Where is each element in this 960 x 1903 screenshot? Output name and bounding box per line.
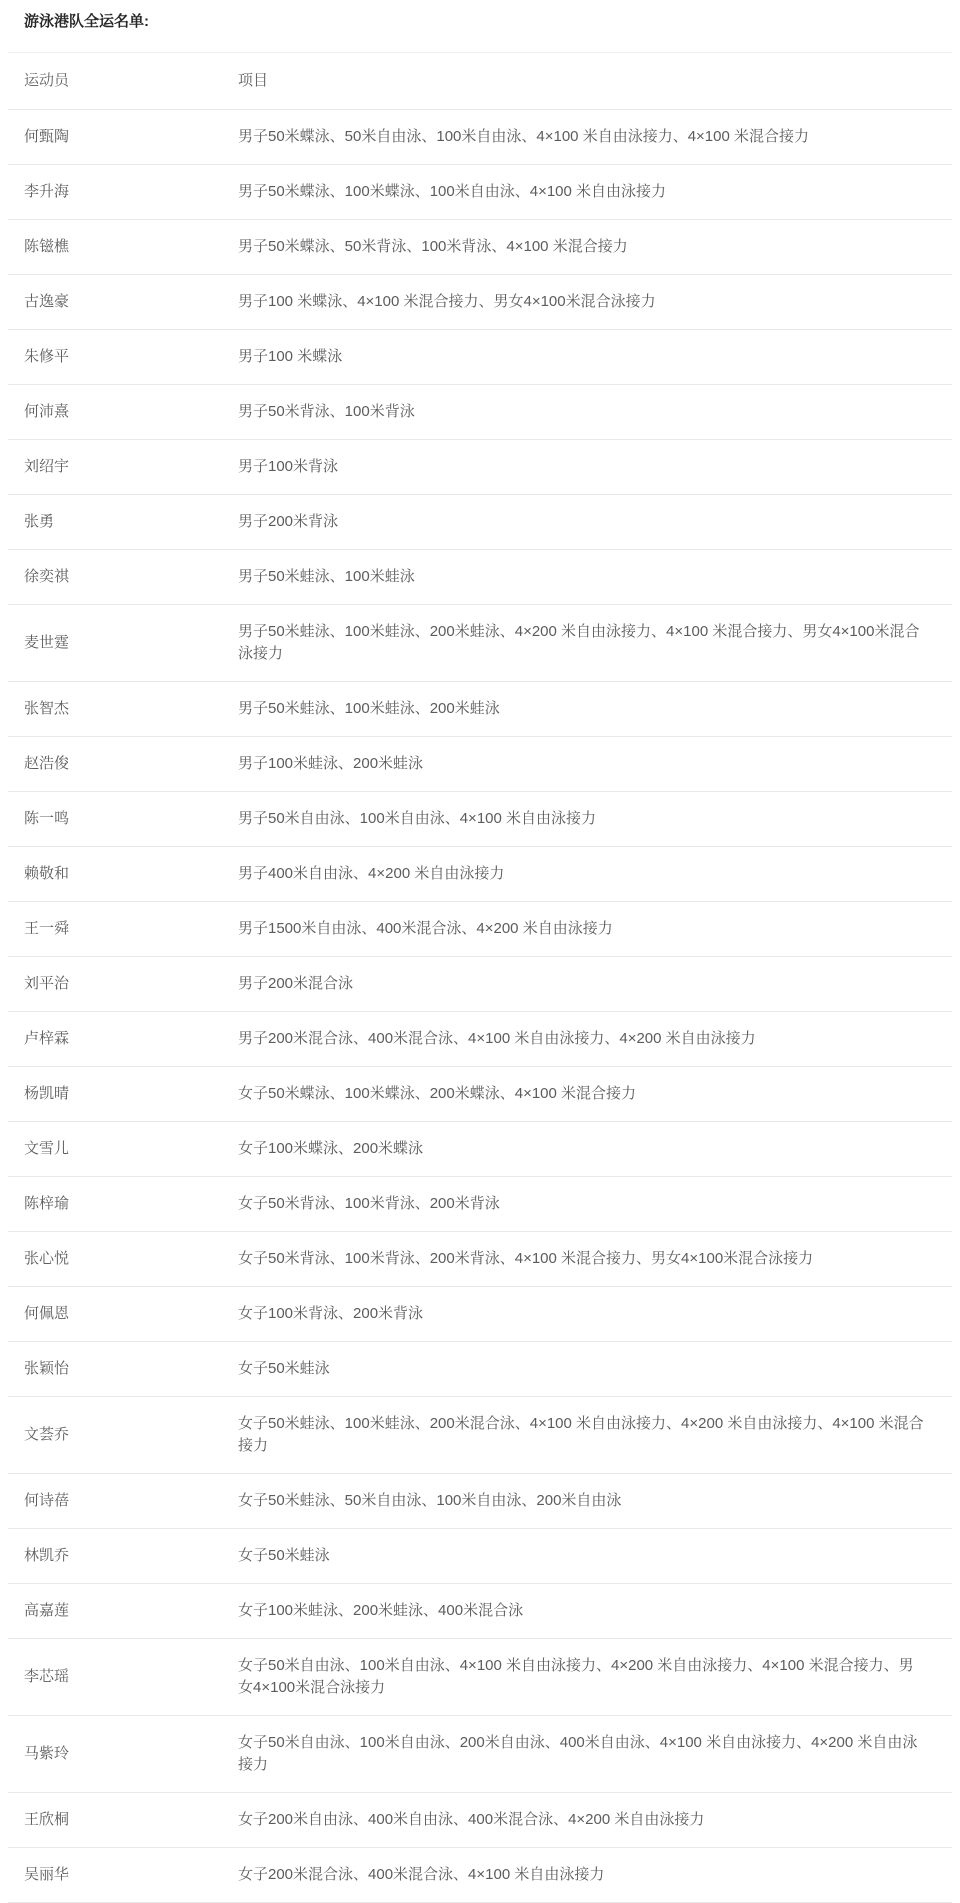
athlete-events: 男子100米背泳 <box>238 440 952 495</box>
roster-table-header: 运动员 项目 <box>8 53 952 110</box>
athlete-name: 李升海 <box>8 165 238 220</box>
athlete-name: 陈梓瑜 <box>8 1177 238 1232</box>
athlete-name: 何甄陶 <box>8 110 238 165</box>
table-row: 张心悦 女子50米背泳、100米背泳、200米背泳、4×100 米混合接力、男女… <box>8 1232 952 1287</box>
table-row: 陈镃樵 男子50米蝶泳、50米背泳、100米背泳、4×100 米混合接力 <box>8 220 952 275</box>
athlete-name: 刘平治 <box>8 957 238 1012</box>
athlete-name: 何沛熹 <box>8 385 238 440</box>
athlete-events: 女子50米蛙泳 <box>238 1529 952 1584</box>
athlete-events: 女子200米混合泳、400米混合泳、4×100 米自由泳接力 <box>238 1848 952 1903</box>
athlete-name: 马紫玲 <box>8 1716 238 1793</box>
athlete-events: 男子1500米自由泳、400米混合泳、4×200 米自由泳接力 <box>238 902 952 957</box>
athlete-name: 古逸豪 <box>8 275 238 330</box>
table-row: 陈梓瑜 女子50米背泳、100米背泳、200米背泳 <box>8 1177 952 1232</box>
table-row: 赖敬和 男子400米自由泳、4×200 米自由泳接力 <box>8 847 952 902</box>
athlete-events: 男子200米混合泳、400米混合泳、4×100 米自由泳接力、4×200 米自由… <box>238 1012 952 1067</box>
athlete-name: 王欣桐 <box>8 1793 238 1848</box>
athlete-events: 男子50米蛙泳、100米蛙泳、200米蛙泳、4×200 米自由泳接力、4×100… <box>238 605 952 682</box>
table-row: 何诗蓓 女子50米蛙泳、50米自由泳、100米自由泳、200米自由泳 <box>8 1474 952 1529</box>
athlete-name: 杨凯晴 <box>8 1067 238 1122</box>
athlete-events: 男子50米蛙泳、100米蛙泳、200米蛙泳 <box>238 682 952 737</box>
athlete-name: 张勇 <box>8 495 238 550</box>
athlete-name: 麦世霆 <box>8 605 238 682</box>
table-row: 文荟乔 女子50米蛙泳、100米蛙泳、200米混合泳、4×100 米自由泳接力、… <box>8 1397 952 1474</box>
table-row: 杨凯晴 女子50米蝶泳、100米蝶泳、200米蝶泳、4×100 米混合接力 <box>8 1067 952 1122</box>
table-row: 林凯乔 女子50米蛙泳 <box>8 1529 952 1584</box>
table-row: 朱修平 男子100 米蝶泳 <box>8 330 952 385</box>
table-row: 文雪儿 女子100米蝶泳、200米蝶泳 <box>8 1122 952 1177</box>
athlete-name: 赖敬和 <box>8 847 238 902</box>
table-row: 刘平治 男子200米混合泳 <box>8 957 952 1012</box>
table-row: 高嘉莲 女子100米蛙泳、200米蛙泳、400米混合泳 <box>8 1584 952 1639</box>
column-header-athlete: 运动员 <box>8 53 238 110</box>
table-row: 赵浩俊 男子100米蛙泳、200米蛙泳 <box>8 737 952 792</box>
table-row: 马紫玲 女子50米自由泳、100米自由泳、200米自由泳、400米自由泳、4×1… <box>8 1716 952 1793</box>
athlete-name: 何诗蓓 <box>8 1474 238 1529</box>
athlete-events: 女子50米背泳、100米背泳、200米背泳、4×100 米混合接力、男女4×10… <box>238 1232 952 1287</box>
athlete-events: 男子50米蛙泳、100米蛙泳 <box>238 550 952 605</box>
athlete-events: 男子200米混合泳 <box>238 957 952 1012</box>
athlete-events: 男子100 米蝶泳 <box>238 330 952 385</box>
table-row: 卢梓霖 男子200米混合泳、400米混合泳、4×100 米自由泳接力、4×200… <box>8 1012 952 1067</box>
athlete-events: 男子50米背泳、100米背泳 <box>238 385 952 440</box>
athlete-events: 男子400米自由泳、4×200 米自由泳接力 <box>238 847 952 902</box>
athlete-events: 男子100 米蝶泳、4×100 米混合接力、男女4×100米混合泳接力 <box>238 275 952 330</box>
table-row: 陈一鸣 男子50米自由泳、100米自由泳、4×100 米自由泳接力 <box>8 792 952 847</box>
athlete-table-body: 何甄陶 男子50米蝶泳、50米自由泳、100米自由泳、4×100 米自由泳接力、… <box>8 110 952 1903</box>
table-row: 李芯瑶 女子50米自由泳、100米自由泳、4×100 米自由泳接力、4×200 … <box>8 1639 952 1716</box>
athlete-name: 陈镃樵 <box>8 220 238 275</box>
table-row: 何甄陶 男子50米蝶泳、50米自由泳、100米自由泳、4×100 米自由泳接力、… <box>8 110 952 165</box>
athlete-events: 女子100米蛙泳、200米蛙泳、400米混合泳 <box>238 1584 952 1639</box>
athlete-name: 徐奕祺 <box>8 550 238 605</box>
table-row: 李升海 男子50米蝶泳、100米蝶泳、100米自由泳、4×100 米自由泳接力 <box>8 165 952 220</box>
athlete-name: 林凯乔 <box>8 1529 238 1584</box>
athlete-name: 吴丽华 <box>8 1848 238 1903</box>
athlete-name: 朱修平 <box>8 330 238 385</box>
table-row: 何沛熹 男子50米背泳、100米背泳 <box>8 385 952 440</box>
athlete-events: 男子50米蝶泳、50米自由泳、100米自由泳、4×100 米自由泳接力、4×10… <box>238 110 952 165</box>
athlete-name: 张智杰 <box>8 682 238 737</box>
athlete-name: 李芯瑶 <box>8 1639 238 1716</box>
athlete-name: 何佩恩 <box>8 1287 238 1342</box>
athlete-name: 张颖怡 <box>8 1342 238 1397</box>
athlete-events: 女子50米蛙泳 <box>238 1342 952 1397</box>
athlete-name: 卢梓霖 <box>8 1012 238 1067</box>
athlete-name: 刘绍宇 <box>8 440 238 495</box>
table-row: 张智杰 男子50米蛙泳、100米蛙泳、200米蛙泳 <box>8 682 952 737</box>
athlete-events: 男子200米背泳 <box>238 495 952 550</box>
athlete-name: 高嘉莲 <box>8 1584 238 1639</box>
table-row: 王欣桐 女子200米自由泳、400米自由泳、400米混合泳、4×200 米自由泳… <box>8 1793 952 1848</box>
header-row: 运动员 项目 <box>8 53 952 110</box>
athlete-events: 女子200米自由泳、400米自由泳、400米混合泳、4×200 米自由泳接力 <box>238 1793 952 1848</box>
athlete-events: 男子100米蛙泳、200米蛙泳 <box>238 737 952 792</box>
table-row: 王一舜 男子1500米自由泳、400米混合泳、4×200 米自由泳接力 <box>8 902 952 957</box>
athlete-events: 女子50米自由泳、100米自由泳、4×100 米自由泳接力、4×200 米自由泳… <box>238 1639 952 1716</box>
table-row: 何佩恩 女子100米背泳、200米背泳 <box>8 1287 952 1342</box>
table-row: 徐奕祺 男子50米蛙泳、100米蛙泳 <box>8 550 952 605</box>
table-row: 张勇 男子200米背泳 <box>8 495 952 550</box>
athlete-events: 女子50米自由泳、100米自由泳、200米自由泳、400米自由泳、4×100 米… <box>238 1716 952 1793</box>
table-row: 吴丽华 女子200米混合泳、400米混合泳、4×100 米自由泳接力 <box>8 1848 952 1903</box>
table-row: 张颖怡 女子50米蛙泳 <box>8 1342 952 1397</box>
table-row: 麦世霆 男子50米蛙泳、100米蛙泳、200米蛙泳、4×200 米自由泳接力、4… <box>8 605 952 682</box>
athlete-name: 文荟乔 <box>8 1397 238 1474</box>
athlete-events: 女子50米蛙泳、50米自由泳、100米自由泳、200米自由泳 <box>238 1474 952 1529</box>
athlete-name: 张心悦 <box>8 1232 238 1287</box>
page-title: 游泳港队全运名单: <box>0 0 960 52</box>
athlete-events: 女子100米背泳、200米背泳 <box>238 1287 952 1342</box>
athlete-name: 陈一鸣 <box>8 792 238 847</box>
athlete-events: 女子50米背泳、100米背泳、200米背泳 <box>238 1177 952 1232</box>
table-row: 古逸豪 男子100 米蝶泳、4×100 米混合接力、男女4×100米混合泳接力 <box>8 275 952 330</box>
table-row: 刘绍宇 男子100米背泳 <box>8 440 952 495</box>
athlete-events: 男子50米自由泳、100米自由泳、4×100 米自由泳接力 <box>238 792 952 847</box>
athlete-events: 女子50米蛙泳、100米蛙泳、200米混合泳、4×100 米自由泳接力、4×20… <box>238 1397 952 1474</box>
athlete-events: 男子50米蝶泳、100米蝶泳、100米自由泳、4×100 米自由泳接力 <box>238 165 952 220</box>
athlete-events: 女子50米蝶泳、100米蝶泳、200米蝶泳、4×100 米混合接力 <box>238 1067 952 1122</box>
athlete-events: 女子100米蝶泳、200米蝶泳 <box>238 1122 952 1177</box>
athlete-events: 男子50米蝶泳、50米背泳、100米背泳、4×100 米混合接力 <box>238 220 952 275</box>
athlete-name: 文雪儿 <box>8 1122 238 1177</box>
athlete-name: 赵浩俊 <box>8 737 238 792</box>
roster-table: 运动员 项目 何甄陶 男子50米蝶泳、50米自由泳、100米自由泳、4×100 … <box>8 52 952 1903</box>
athlete-name: 王一舜 <box>8 902 238 957</box>
column-header-events: 项目 <box>238 53 952 110</box>
